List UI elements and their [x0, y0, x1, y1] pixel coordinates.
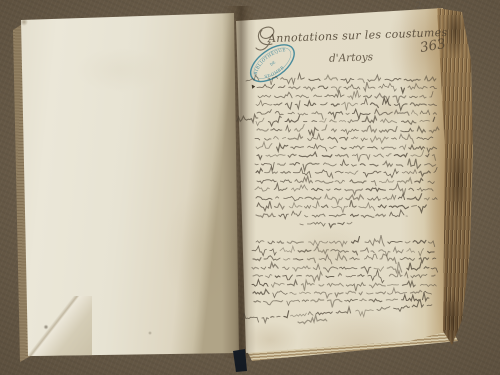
stamp-middle-text: DE	[269, 60, 276, 67]
manuscript-title-line2: d'Artoys	[329, 51, 373, 65]
folio-number: 2	[416, 1, 422, 11]
photographed-open-manuscript: 2 BIBLIOTHÈQUE DE ST-OMER Annotations su…	[0, 0, 500, 375]
